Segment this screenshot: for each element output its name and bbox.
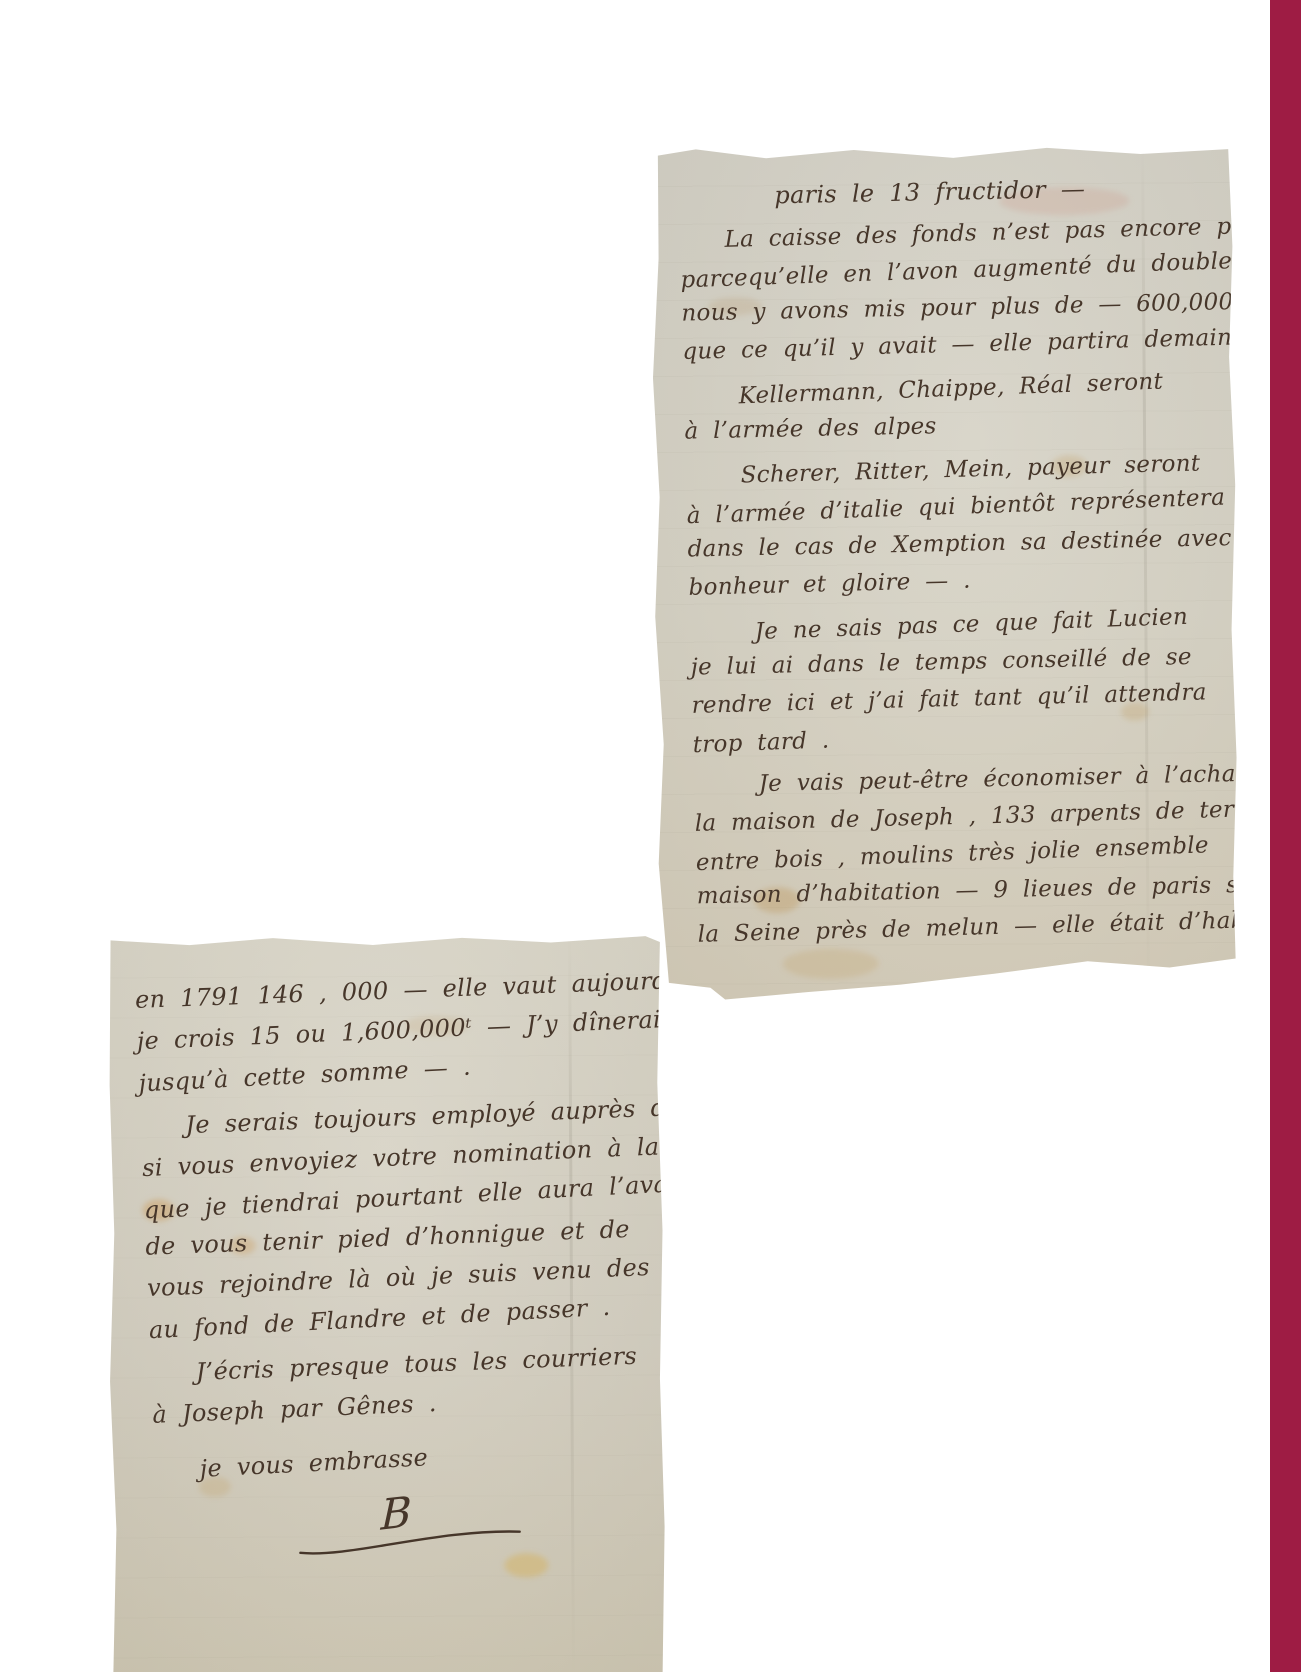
accent-bar: [1270, 0, 1301, 1672]
catalog-photo-page: paris le 13 fructidor — La caisse des fo…: [0, 0, 1301, 1672]
signature-flourish: [295, 1517, 526, 1561]
signature-paraph: B: [294, 1483, 527, 1565]
letter-date-line: paris le 13 fructidor —: [774, 162, 1214, 219]
foxing-stain: [504, 1553, 548, 1577]
foxing-stain: [783, 948, 879, 979]
closing-line: je vous embrasse: [154, 1425, 666, 1491]
manuscript-page-verso: en 1791 146 , 000 — elle vaut aujourd’hu…: [106, 935, 666, 1672]
letter-body: paris le 13 fructidor — La caisse des fo…: [678, 161, 1233, 954]
letter-body: en 1791 146 , 000 — elle vaut aujourd’hu…: [134, 960, 666, 1571]
manuscript-page-recto: paris le 13 fructidor — La caisse des fo…: [649, 144, 1240, 1000]
